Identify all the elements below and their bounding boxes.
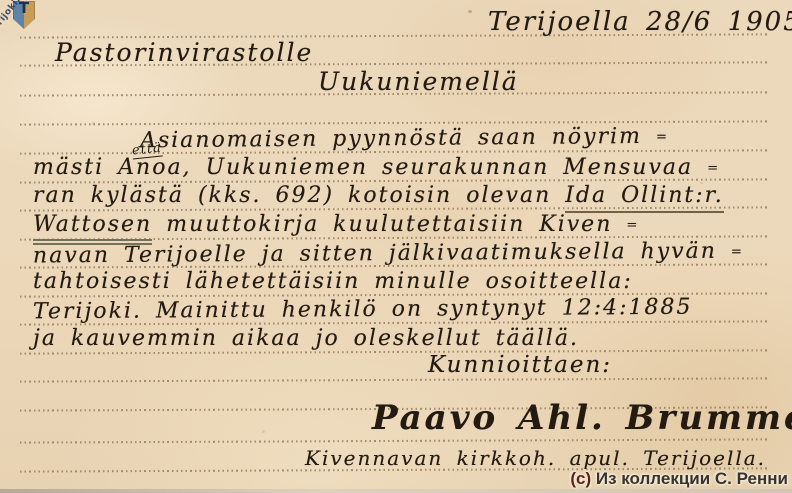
- body-line-4: Wattosen muuttokirja kuulutettaisiin Kiv…: [33, 212, 637, 237]
- body-line-5: navan Terijoelle ja sitten jälkivaatimuk…: [33, 239, 742, 269]
- signature-line: Paavo Ahl. Brummer.: [372, 398, 792, 438]
- recipient-place-line: Uukuniemellä: [318, 67, 519, 96]
- signature-title-line: Kivennavan kirkkoh. apul. Terijoella.: [305, 446, 766, 470]
- paper-speck: [92, 122, 95, 125]
- body-line-1-text: Asianomaisen pyynnöstä saan nöyrim: [140, 124, 642, 153]
- date-line: Terijoella 28/6 1905.: [488, 7, 792, 37]
- body-line-4-rest: muuttokirja kuulutettaisiin Kiven: [166, 212, 612, 237]
- line-end-hyphen: =: [731, 245, 742, 260]
- paper-speck: [520, 302, 522, 304]
- ruled-line: [20, 377, 770, 382]
- body-line-3: ran kylästä (kks. 692) kotoisin olevan I…: [33, 183, 724, 208]
- body-line-2-rest: Uukuniemen seurakunnan Mensuvaa: [206, 155, 694, 180]
- body-line-1: Asianomaisen pyynnöstä saan nöyrim =: [140, 124, 667, 154]
- line-end-hyphen: =: [707, 161, 718, 176]
- underlined-name-ida: Ida Ollint:r.: [565, 183, 724, 213]
- line-end-hyphen: =: [626, 218, 637, 233]
- body-line-8: ja kauvemmin aikaa jo oleskellut täällä.: [33, 326, 579, 351]
- body-line-2-start: mästi Anoa,: [33, 155, 192, 180]
- recipient-line: Pastorinvirastolle: [55, 38, 313, 67]
- paper-speck: [262, 430, 265, 433]
- body-line-5-text: navan Terijoelle ja sitten jälkivaatimuk…: [33, 239, 717, 269]
- copyright-mark: (с): [570, 469, 591, 488]
- body-line-6: tahtoisesti lähetettäisiin minulle osoit…: [33, 269, 633, 294]
- body-line-7: Terijoki. Mainittu henkilö on syntynyt 1…: [33, 295, 693, 325]
- scan-edge-strip: [0, 489, 792, 493]
- line-end-hyphen: =: [656, 130, 667, 145]
- scanned-letter-page: T terijoki.spb.ru Terijoella 28/6 1905. …: [0, 0, 792, 493]
- copyright-text: Из коллекции С. Ренни: [596, 469, 788, 488]
- inserted-word-note: että: [131, 140, 162, 159]
- body-line-3-start: ran kylästä (kks. 692) kotoisin olevan: [33, 183, 565, 208]
- closing-line: Kunnioittaen:: [428, 352, 612, 378]
- underlined-name-wattonen: Wattosen: [33, 212, 152, 245]
- ruled-line: [20, 438, 770, 443]
- paper-speck: [468, 10, 472, 13]
- collection-credit: (с) Из коллекции С. Ренни: [570, 469, 788, 489]
- paper-speck: [700, 182, 703, 184]
